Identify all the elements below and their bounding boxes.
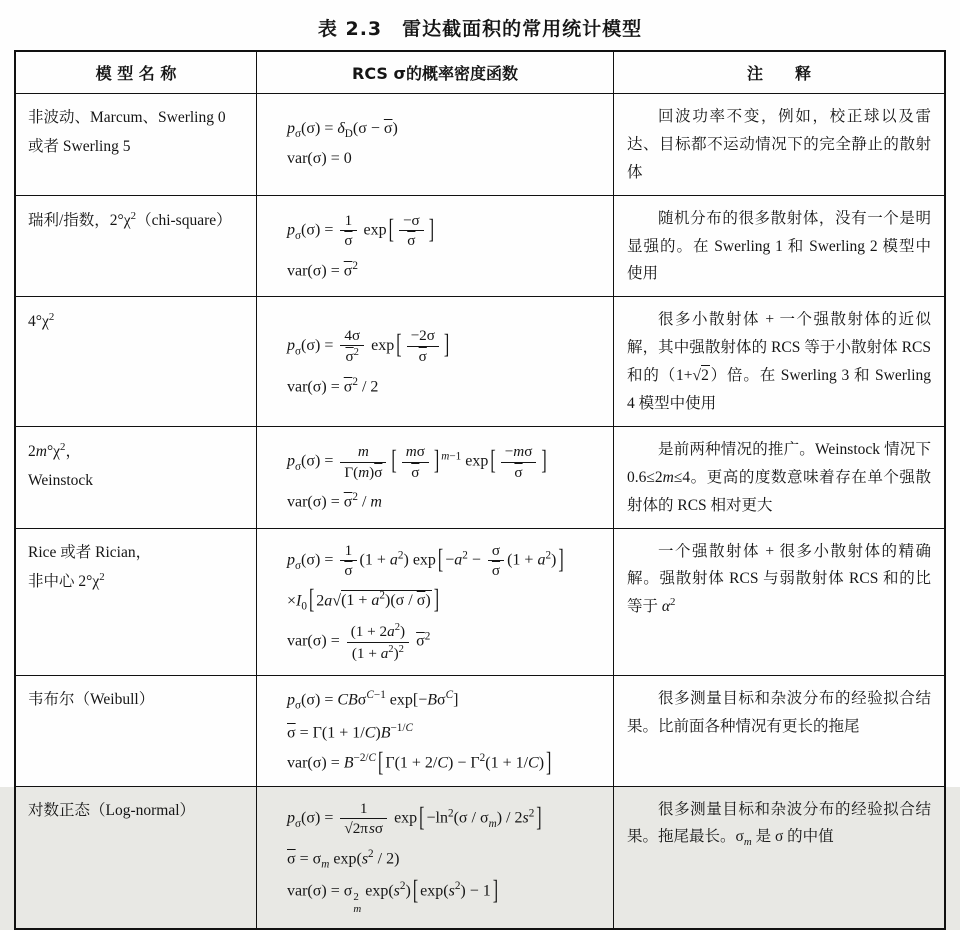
table-body: 非波动、Marcum、Swerling 0或者 Swerling 5 pσ(σ)… [16, 93, 944, 928]
scanned-page: 表 2.3 雷达截面积的常用统计模型 模 型 名 称 RCS σ的概率密度函数 … [0, 0, 960, 787]
table-row: Rice 或者 Rician，非中心 2°χ2 pσ(σ) = 1σ(1 + a… [16, 528, 944, 676]
model-name-cell: 对数正态（Log-normal） [16, 787, 256, 928]
table-row: 对数正态（Log-normal） pσ(σ) = 1√2πsσ exp[−ln2… [16, 786, 944, 928]
table-row: 瑞利/指数，2°χ2（chi-square） pσ(σ) = 1σ exp[−σ… [16, 195, 944, 297]
header-cell-model-name: 模 型 名 称 [16, 52, 256, 93]
formula-line: var(σ) = σ2m exp(s2)[exp(s2) − 1] [287, 880, 605, 915]
formula-line: pσ(σ) = 1σ(1 + a2) exp[−a2 − σσ(1 + a2)] [287, 542, 605, 580]
formula-line: var(σ) = (1 + 2a2)(1 + a2)2 σ2 [287, 622, 605, 662]
pdf-cell: pσ(σ) = 4σσ2 exp[−2σσ]var(σ) = σ2 / 2 [256, 297, 613, 426]
note-cell: 随机分布的很多散射体，没有一个是明显强的。在 Swerling 1 和 Swer… [613, 196, 944, 297]
model-name-cell: Rice 或者 Rician，非中心 2°χ2 [16, 529, 256, 676]
formula-line: σ = Γ(1 + 1/C)B−1/C [287, 722, 605, 742]
table-row: 非波动、Marcum、Swerling 0或者 Swerling 5 pσ(σ)… [16, 93, 944, 195]
formula-line: var(σ) = σ2 / 2 [287, 376, 605, 396]
formula-line: ×I0[2a√(1 + a2)(σ / σ)] [287, 590, 605, 613]
table-row: 2m°χ2，Weinstock pσ(σ) = mΓ(m)σ[mσσ]m−1 e… [16, 426, 944, 528]
pdf-cell: pσ(σ) = 1√2πsσ exp[−ln2(σ / σm) / 2s2]σ … [256, 787, 613, 928]
formula-line: σ = σm exp(s2 / 2) [287, 848, 605, 871]
page-title: 表 2.3 雷达截面积的常用统计模型 [14, 14, 946, 41]
pdf-cell: pσ(σ) = δD(σ − σ)var(σ) = 0 [256, 94, 613, 195]
pdf-cell: pσ(σ) = mΓ(m)σ[mσσ]m−1 exp[−mσσ]var(σ) =… [256, 427, 613, 528]
formula-line: pσ(σ) = δD(σ − σ) [287, 120, 605, 140]
header-cell-notes: 注 释 [613, 52, 944, 93]
formula-line: var(σ) = σ2 / m [287, 491, 605, 511]
model-name-cell: 韦布尔（Weibull） [16, 676, 256, 786]
formula-line: var(σ) = B−2/C[Γ(1 + 2/C) − Γ2(1 + 1/C)] [287, 752, 605, 773]
note-cell: 一个强散射体 + 很多小散射体的精确解。强散射体 RCS 与弱散射体 RCS 和… [613, 529, 944, 676]
formula-line: pσ(σ) = CBσC−1 exp[−BσC] [287, 689, 605, 712]
formula-line: pσ(σ) = 1σ exp[−σσ] [287, 212, 605, 250]
note-cell: 很多测量目标和杂波分布的经验拟合结果。拖尾最长。σm 是 σ 的中值 [613, 787, 944, 928]
note-cell: 很多小散射体 + 一个强散射体的近似解，其中强散射体的 RCS 等于小散射体 R… [613, 297, 944, 426]
table-row: 4°χ2 pσ(σ) = 4σσ2 exp[−2σσ]var(σ) = σ2 /… [16, 296, 944, 426]
pdf-cell: pσ(σ) = 1σ(1 + a2) exp[−a2 − σσ(1 + a2)]… [256, 529, 613, 676]
pdf-cell: pσ(σ) = 1σ exp[−σσ]var(σ) = σ2 [256, 196, 613, 297]
formula-line: var(σ) = 0 [287, 150, 605, 168]
formula-line: var(σ) = σ2 [287, 260, 605, 280]
note-cell: 很多测量目标和杂波分布的经验拟合结果。比前面各种情况有更长的拖尾 [613, 676, 944, 786]
model-name-cell: 非波动、Marcum、Swerling 0或者 Swerling 5 [16, 94, 256, 195]
header-cell-pdf: RCS σ的概率密度函数 [256, 52, 613, 93]
model-name-cell: 瑞利/指数，2°χ2（chi-square） [16, 196, 256, 297]
note-cell: 是前两种情况的推广。Weinstock 情况下 0.6≤2m≤4。更高的度数意味… [613, 427, 944, 528]
formula-line: pσ(σ) = 1√2πsσ exp[−ln2(σ / σm) / 2s2] [287, 800, 605, 838]
formula-line: pσ(σ) = mΓ(m)σ[mσσ]m−1 exp[−mσσ] [287, 443, 605, 481]
table-row: 韦布尔（Weibull） pσ(σ) = CBσC−1 exp[−BσC]σ =… [16, 675, 944, 786]
model-name-cell: 2m°χ2，Weinstock [16, 427, 256, 528]
formula-line: pσ(σ) = 4σσ2 exp[−2σσ] [287, 327, 605, 366]
note-cell: 回波功率不变，例如，校正球以及雷达、目标都不运动情况下的完全静止的散射体 [613, 94, 944, 195]
stats-table: 模 型 名 称 RCS σ的概率密度函数 注 释 非波动、Marcum、Swer… [14, 50, 946, 930]
pdf-cell: pσ(σ) = CBσC−1 exp[−BσC]σ = Γ(1 + 1/C)B−… [256, 676, 613, 786]
header-row: 模 型 名 称 RCS σ的概率密度函数 注 释 [16, 52, 944, 93]
model-name-cell: 4°χ2 [16, 297, 256, 426]
